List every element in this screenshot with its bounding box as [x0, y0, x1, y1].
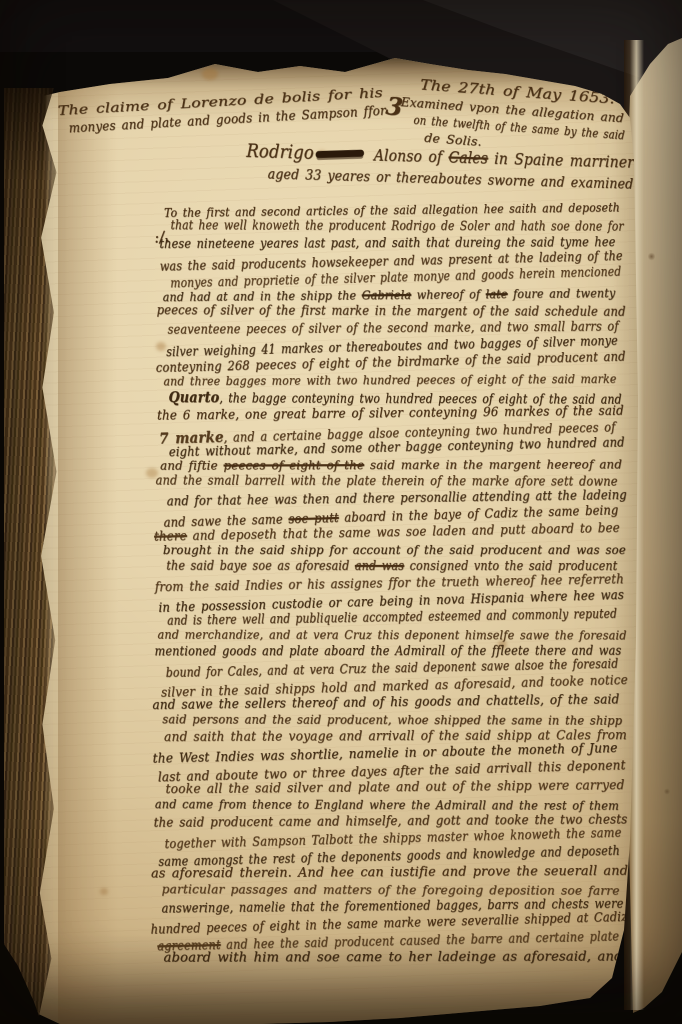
deposition-body-text: To the first and second articles of the …	[146, 201, 642, 969]
struck-place-name: Cales	[448, 147, 488, 167]
body-line: and merchandize, and at vera Cruz this d…	[157, 627, 649, 645]
paper-fleck	[664, 788, 670, 795]
body-line: brought in the said shipp for account of…	[163, 542, 655, 559]
foxing-spot	[100, 888, 108, 895]
ink-blot-strikethrough	[316, 150, 365, 159]
deponent-first-name: Rodrigo	[246, 140, 314, 164]
body-line: aboard with him and soe came to her lade…	[164, 949, 656, 967]
body-line: that hee well knoweth the producent Rodr…	[171, 218, 663, 236]
manuscript-photograph: The claime of Lorenzo de bolis for his m…	[0, 0, 682, 1024]
body-line: and fiftie peeces of eight of the said m…	[160, 456, 652, 474]
paper-fleck	[648, 252, 655, 261]
manuscript-page: The claime of Lorenzo de bolis for his m…	[0, 0, 682, 1024]
left-edge-shadow	[58, 70, 118, 1024]
foxing-spot	[202, 68, 218, 80]
body-line: said persons and the said producent, who…	[162, 711, 654, 729]
